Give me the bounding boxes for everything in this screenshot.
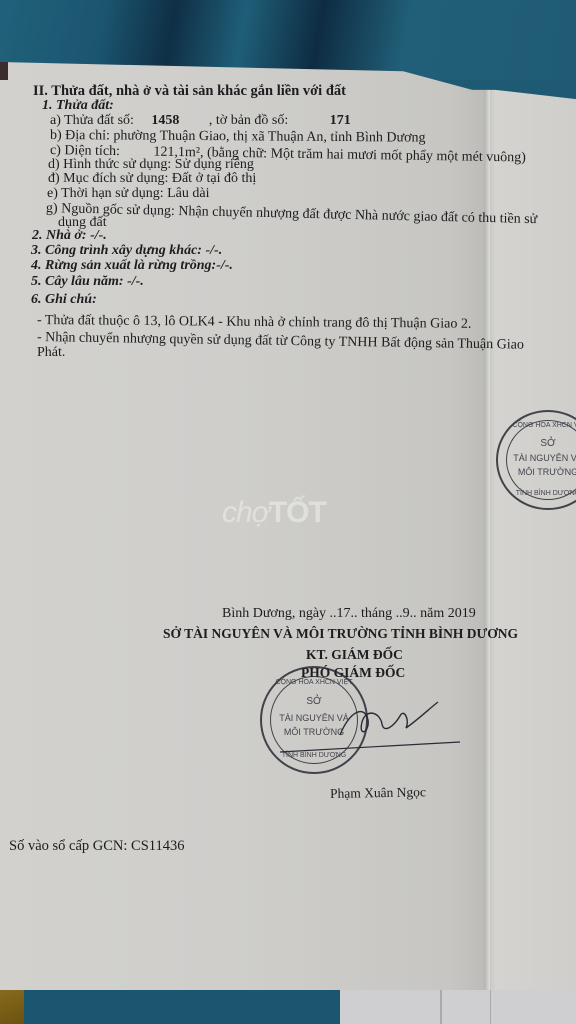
official-stamp-right: CỘNG HÒA XHCN VN SỞ TÀI NGUYÊN VÀ MÔI TR… [496,410,576,510]
usage-purpose: đ) Mục đích sử dụng: Đất ở tại đô thị [48,171,256,187]
note-1: - Thửa đất thuộc ô 13, lô OLK4 - Khu nhà… [37,313,472,333]
issuing-department: SỞ TÀI NGUYÊN VÀ MÔI TRƯỜNG TỈNH BÌNH DƯ… [163,626,518,642]
certificate-content: II. Thửa đất, nhà ở và tài sản khác gắn … [0,0,576,1024]
map-label: , tờ bản đồ số: [209,113,288,128]
signing-date: Bình Dương, ngày ..17.. tháng ..9.. năm … [222,606,476,622]
registry-number: Số vào sổ cấp GCN: CS11436 [9,838,184,854]
usage-origin: g) Nguồn gốc sử dụng: Nhận chuyển nhượng… [46,201,538,228]
item-other-construction: 3. Công trình xây dựng khác: -/-. [31,243,222,259]
note-2-cont: Phát. [37,345,65,361]
parcel-label: a) Thửa đất số: [50,113,134,128]
parcel-number: 1458 [151,113,179,128]
land-heading: 1. Thửa đất: [42,98,114,114]
map-number: 171 [330,113,351,128]
section-title: II. Thửa đất, nhà ở và tài sản khác gắn … [33,83,346,99]
note-2: - Nhận chuyển nhượng quyền sử dụng đất t… [37,330,524,354]
item-house: 2. Nhà ở: -/-. [32,228,107,244]
item-notes: 6. Ghi chú: [31,292,97,308]
parcel-row: a) Thửa đất số: 1458 , tờ bản đồ số: 171 [50,113,351,129]
usage-term: e) Thời hạn sử dụng: Lâu dài [47,186,209,202]
item-perennial: 5. Cây lâu năm: -/-. [31,274,144,290]
item-forest: 4. Rừng sản xuất là rừng trồng:-/-. [31,258,233,274]
signer-title-1: KT. GIÁM ĐỐC [306,647,403,663]
chotot-watermark: chợTỐT [222,496,326,530]
signer-name: Phạm Xuân Ngọc [330,784,426,802]
signature-scribble [270,690,470,760]
